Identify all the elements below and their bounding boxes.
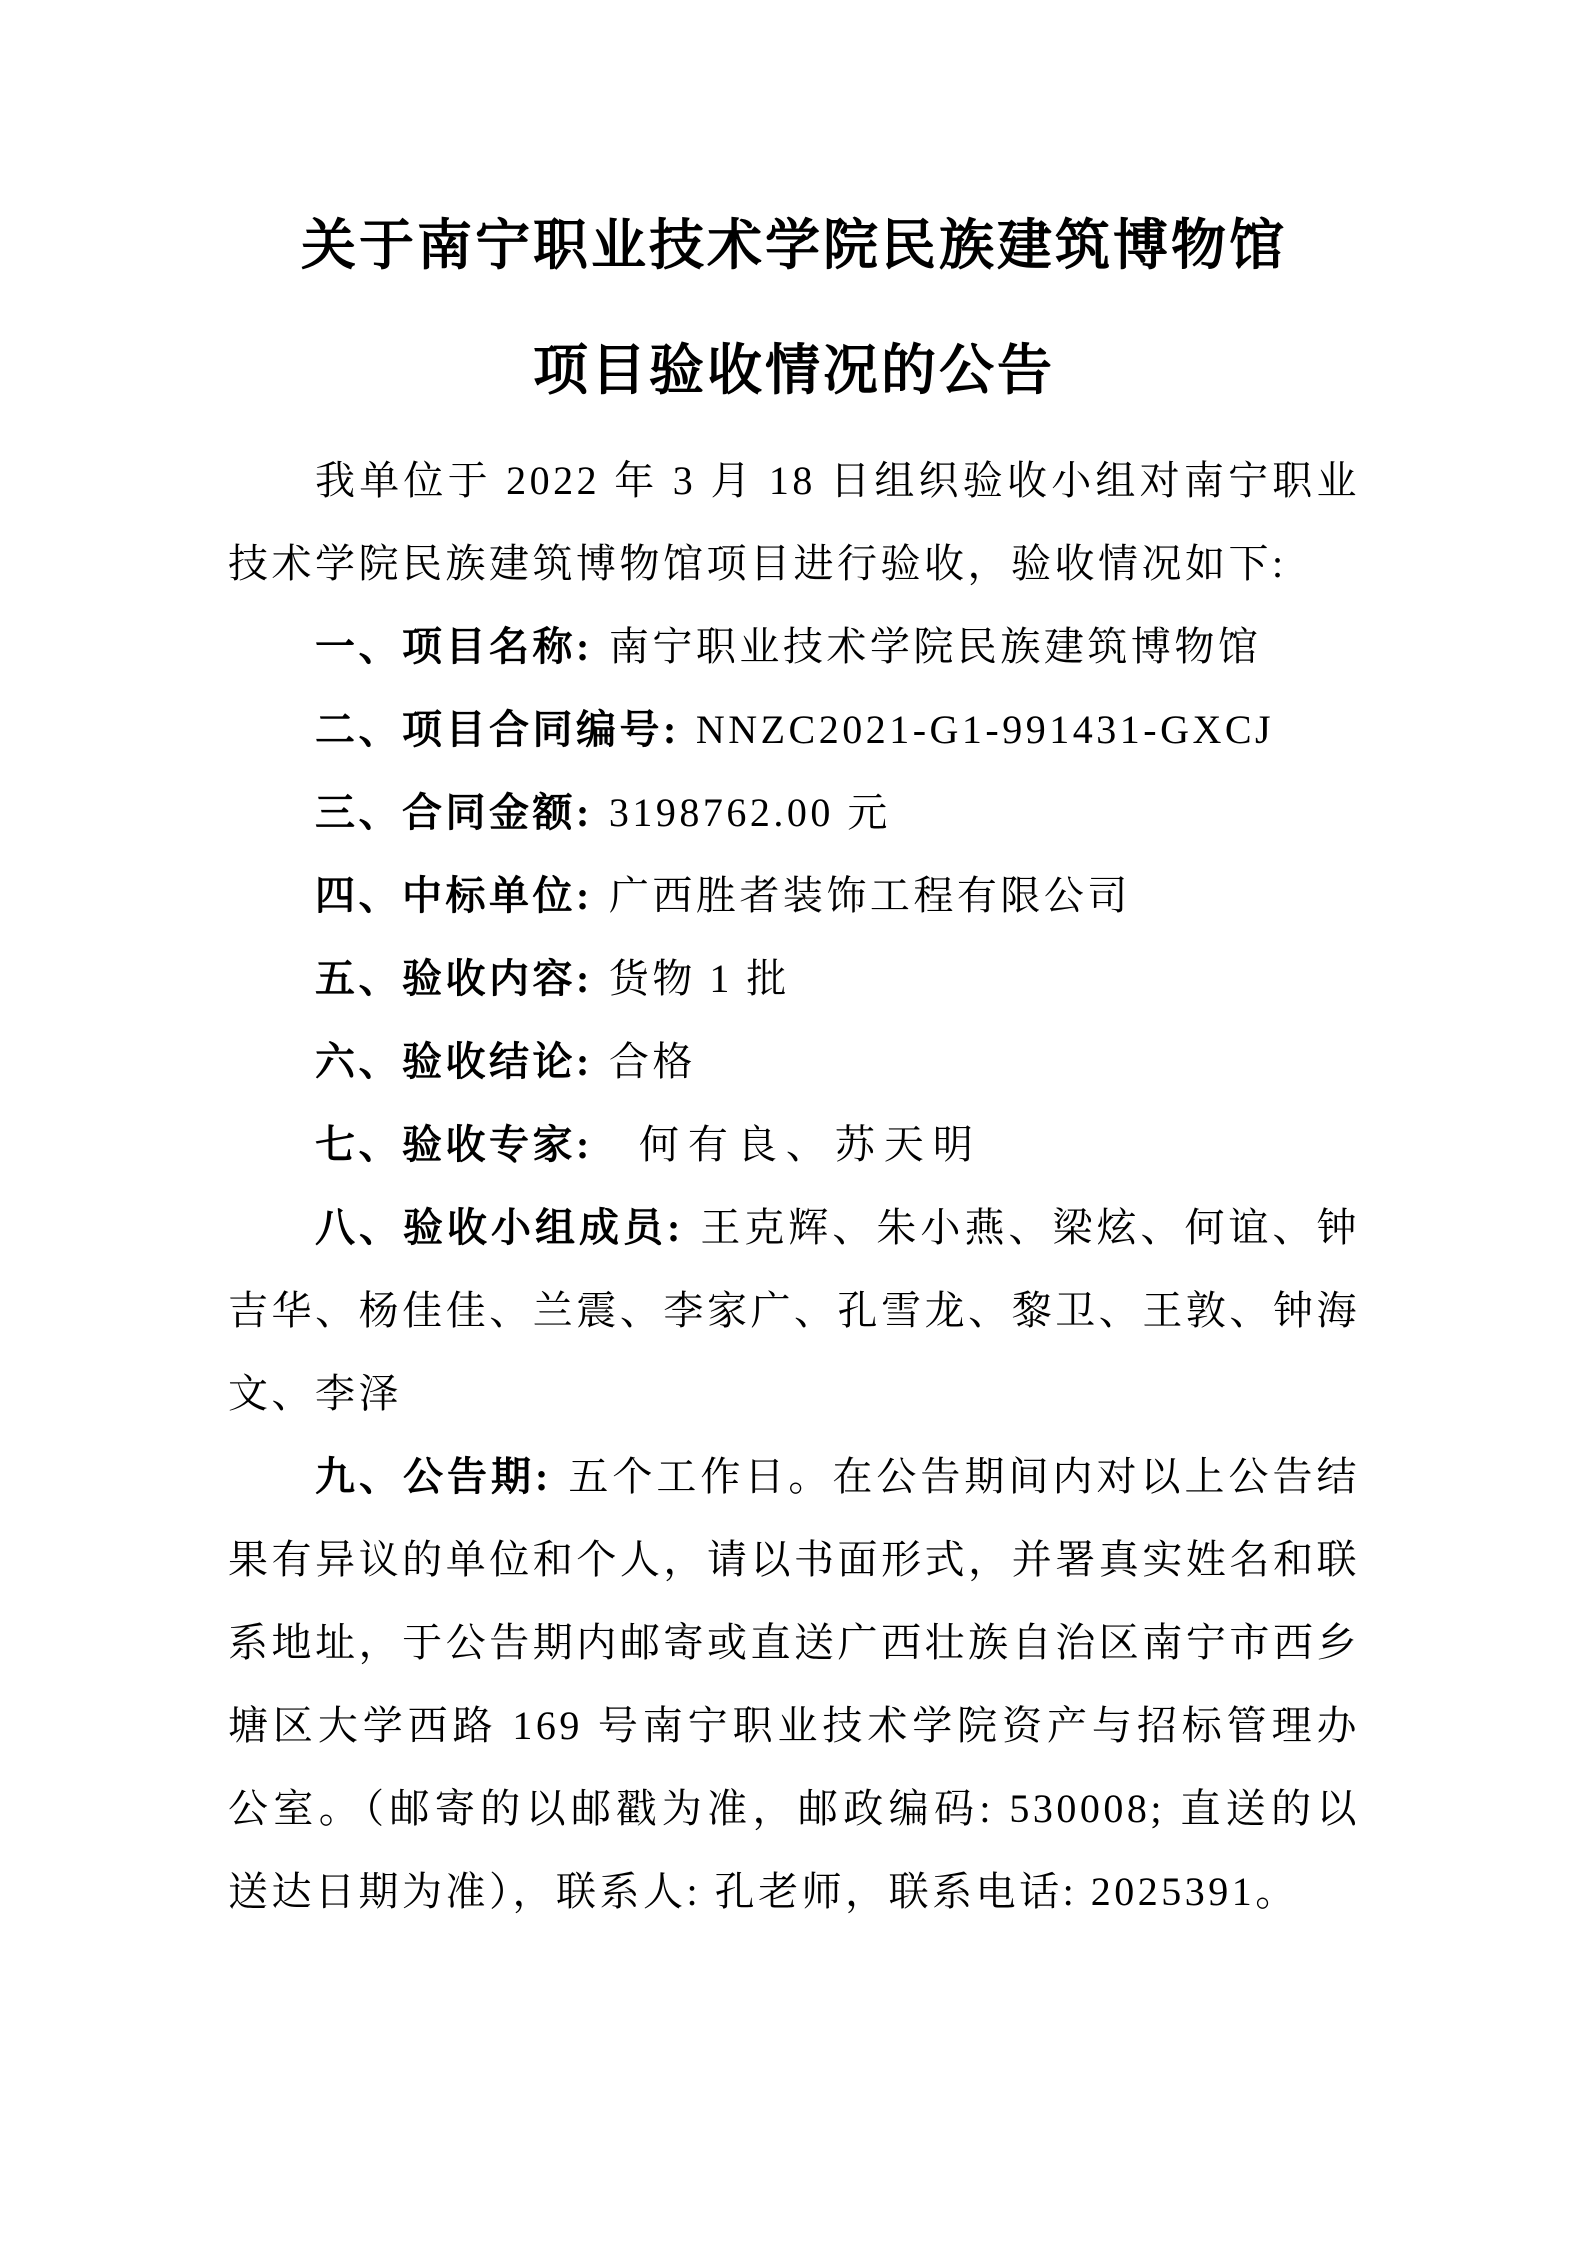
item-value: 何有良、苏天明 [593, 1122, 982, 1167]
list-item-4: 四、中标单位:广西胜者装饰工程有限公司 [228, 854, 1360, 937]
item-label: 八、验收小组成员: [315, 1205, 684, 1250]
item-value: 广西胜者装饰工程有限公司 [593, 873, 1131, 918]
document-title-line-1: 关于南宁职业技术学院民族建筑博物馆 [228, 183, 1360, 308]
item-label: 三、合同金额: [315, 790, 593, 835]
document-body: 我单位于 2022 年 3 月 18 日组织验收小组对南宁职业技术学院民族建筑博… [228, 439, 1360, 1933]
list-item-6: 六、验收结论:合格 [228, 1020, 1360, 1103]
item-label: 七、验收专家: [315, 1122, 593, 1167]
list-item-3: 三、合同金额:3198762.00 元 [228, 771, 1360, 854]
item-label: 九、公告期: [315, 1454, 552, 1499]
list-item-8: 八、验收小组成员:王克辉、朱小燕、梁炫、何谊、钟吉华、杨佳佳、兰震、李家广、孔雪… [228, 1186, 1360, 1435]
list-item-2: 二、项目合同编号:NNZC2021-G1-991431-GXCJ [228, 688, 1360, 771]
item-label: 一、项目名称: [315, 624, 593, 669]
item-value: 合格 [593, 1039, 696, 1084]
document-page: 关于南宁职业技术学院民族建筑博物馆 项目验收情况的公告 我单位于 2022 年 … [0, 0, 1587, 2245]
intro-paragraph: 我单位于 2022 年 3 月 18 日组织验收小组对南宁职业技术学院民族建筑博… [228, 439, 1360, 605]
item-label: 五、验收内容: [315, 956, 593, 1001]
list-item-1: 一、项目名称:南宁职业技术学院民族建筑博物馆 [228, 605, 1360, 688]
item-value: 五个工作日。在公告期间内对以上公告结果有异议的单位和个人，请以书面形式，并署真实… [228, 1454, 1360, 1914]
list-item-5: 五、验收内容:货物 1 批 [228, 937, 1360, 1020]
item-label: 四、中标单位: [315, 873, 593, 918]
item-value: 货物 1 批 [593, 956, 790, 1001]
document-title: 关于南宁职业技术学院民族建筑博物馆 项目验收情况的公告 [228, 183, 1360, 433]
item-label: 二、项目合同编号: [315, 707, 680, 752]
document-title-line-2: 项目验收情况的公告 [228, 308, 1360, 433]
item-label: 六、验收结论: [315, 1039, 593, 1084]
list-item-9: 九、公告期:五个工作日。在公告期间内对以上公告结果有异议的单位和个人，请以书面形… [228, 1435, 1360, 1933]
list-item-7: 七、验收专家:何有良、苏天明 [228, 1103, 1360, 1186]
item-value: 3198762.00 元 [593, 790, 891, 835]
item-value: 南宁职业技术学院民族建筑博物馆 [593, 624, 1262, 669]
item-value: NNZC2021-G1-991431-GXCJ [680, 707, 1274, 752]
